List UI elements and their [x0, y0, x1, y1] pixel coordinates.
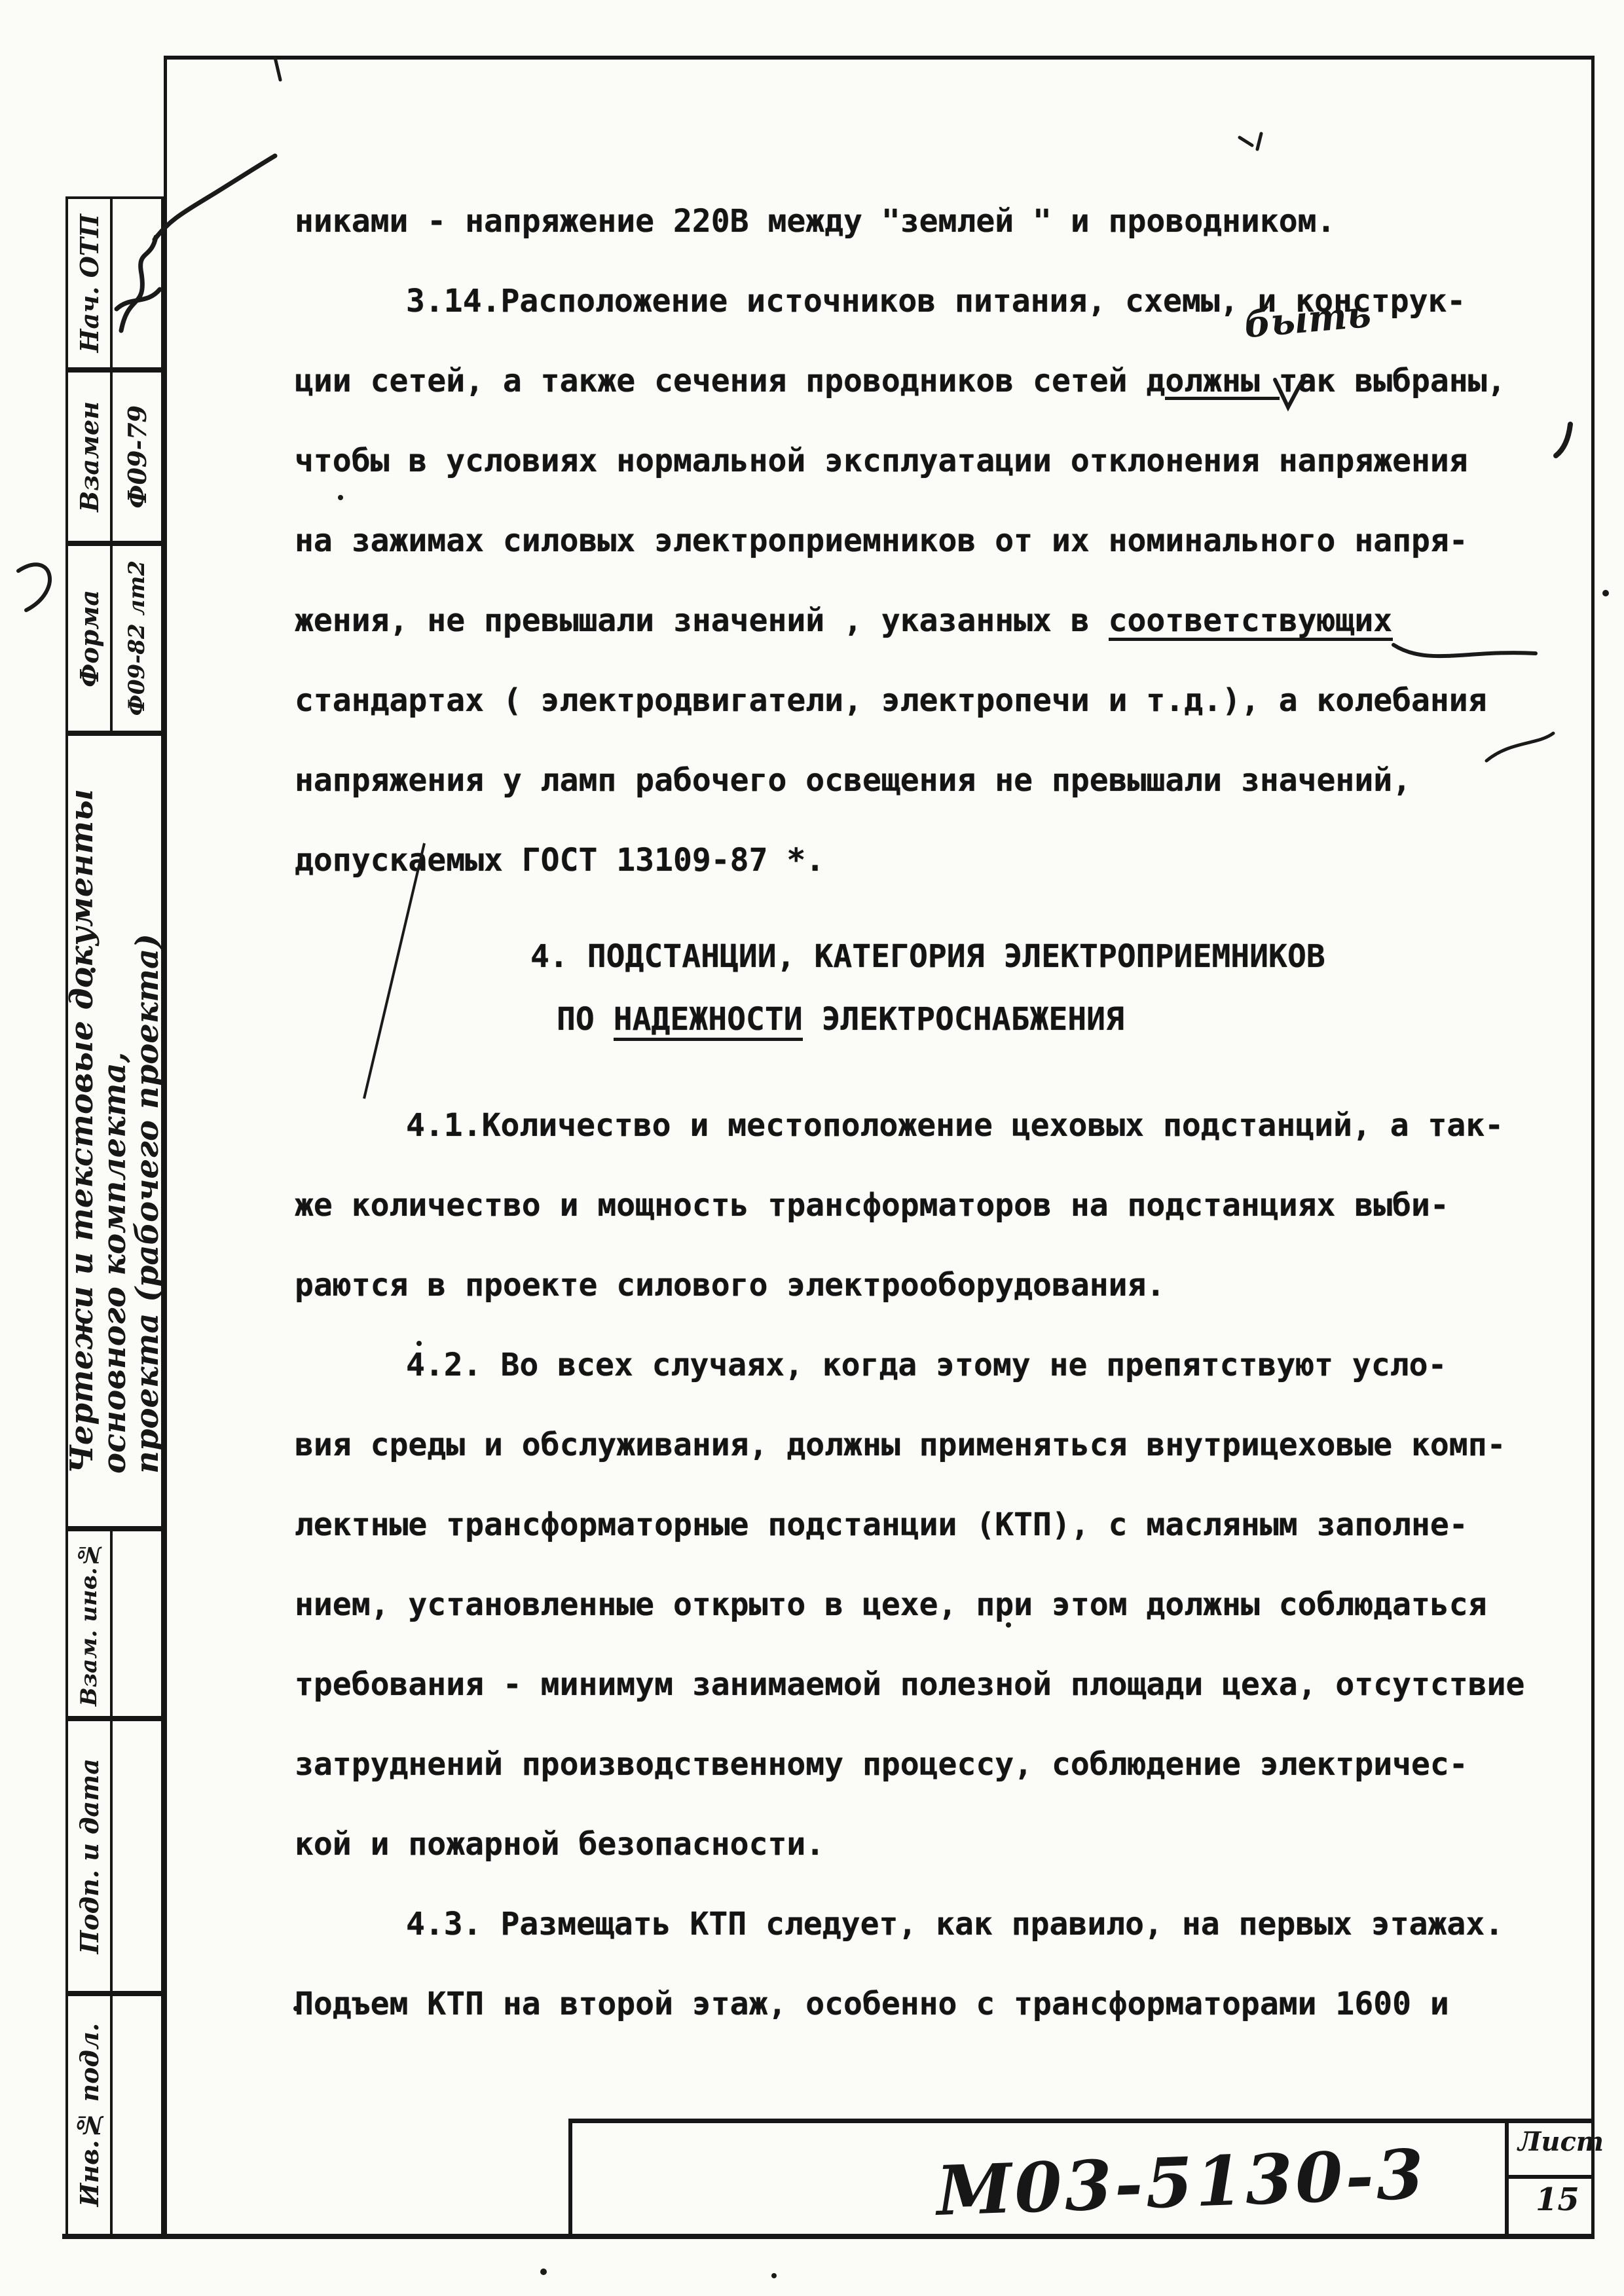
speck [1602, 590, 1609, 596]
curl-mark [18, 564, 50, 610]
speck [540, 2269, 547, 2275]
tick-mark [275, 58, 280, 80]
speck [771, 2273, 777, 2278]
speck [1006, 1622, 1011, 1628]
comma-mark [1556, 424, 1570, 456]
caret-icon [1275, 376, 1304, 407]
tick-mark [1257, 134, 1261, 149]
speck [293, 2006, 299, 2011]
scan-artifacts [0, 0, 1624, 2296]
speck [416, 1341, 422, 1346]
scanned-document-page: никами - напряжение 220В между "землей "… [0, 0, 1624, 2296]
scratch-mark [364, 843, 424, 1099]
speck [338, 495, 343, 500]
swoosh-mark [1486, 733, 1553, 761]
tick-mark [1240, 137, 1252, 145]
signature-icon [117, 156, 275, 331]
swoosh-mark [1393, 645, 1536, 656]
speck [90, 968, 96, 973]
